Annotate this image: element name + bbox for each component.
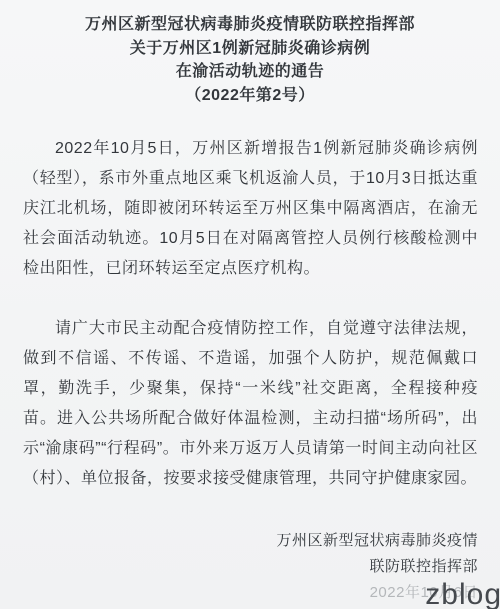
notice-body: 2022年10月5日，万州区新增报告1例新冠肺炎确诊病例（轻型），系市外重点地区… xyxy=(23,134,478,494)
title-line-issue-number: （2022年第2号） xyxy=(0,84,500,108)
title-line-subject-2: 在渝活动轨迹的通告 xyxy=(0,60,500,84)
notice-signature: 万州区新型冠状病毒肺炎疫情 联防联控指挥部 2022年10月6日 xyxy=(0,528,478,606)
notice-document: 万州区新型冠状病毒肺炎疫情联防联控指挥部 关于万州区1例新冠肺炎确诊病例 在渝活… xyxy=(0,0,500,609)
notice-date: 2022年10月6日 xyxy=(0,580,478,606)
watermark-zblog: zblog xyxy=(425,580,500,609)
notice-paragraph-case-report: 2022年10月5日，万州区新增报告1例新冠肺炎确诊病例（轻型），系市外重点地区… xyxy=(23,134,478,284)
title-line-subject-1: 关于万州区1例新冠肺炎确诊病例 xyxy=(0,37,500,61)
title-line-org: 万州区新型冠状病毒肺炎疫情联防联控指挥部 xyxy=(0,13,500,37)
signature-org-line-1: 万州区新型冠状病毒肺炎疫情 xyxy=(0,528,478,554)
notice-paragraph-public-guidance: 请广大市民主动配合疫情防控工作，自觉遵守法律法规，做到不信谣、不传谣、不造谣，加… xyxy=(23,314,478,494)
notice-title: 万州区新型冠状病毒肺炎疫情联防联控指挥部 关于万州区1例新冠肺炎确诊病例 在渝活… xyxy=(0,0,500,107)
signature-org-line-2: 联防联控指挥部 xyxy=(0,554,478,580)
